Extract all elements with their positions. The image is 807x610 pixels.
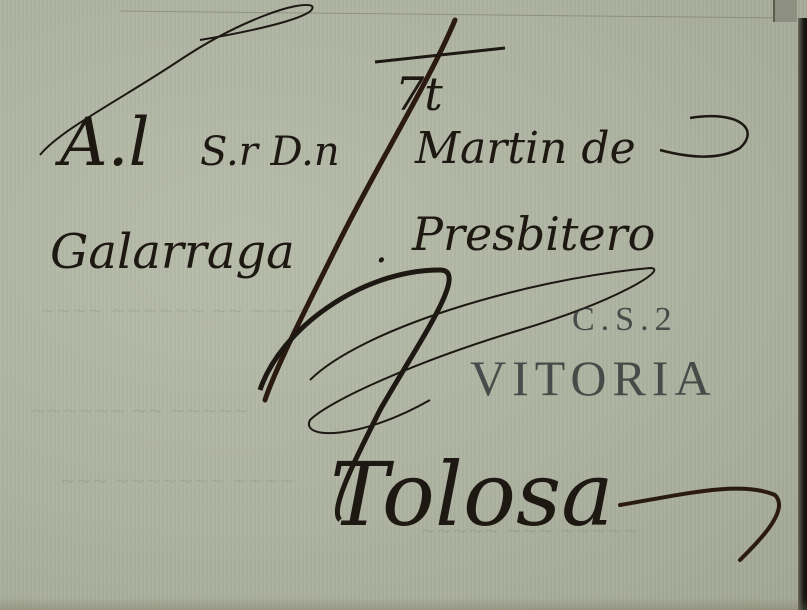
address-surname: Galarraga xyxy=(50,224,295,280)
handwriting-layer: C.S.2 VITORIA A.l S.r D.n Martin de Gala… xyxy=(0,0,807,610)
rate-mark: 7t xyxy=(395,67,443,121)
address-name: Martin de xyxy=(414,123,636,174)
address-destination: Tolosa xyxy=(330,443,614,546)
postal-cover: ~~~~ ~~~~~~ ~~ ~~~~ ~~~~~~ ~~ ~~~~~ ~~~ … xyxy=(0,0,807,610)
de-flourish xyxy=(660,116,748,156)
postmark-line1: C.S.2 xyxy=(572,301,678,338)
address-role: Presbitero xyxy=(411,207,655,261)
tolosa-flourish xyxy=(620,489,779,560)
address-prefix: A.l xyxy=(54,104,150,181)
address-title: S.r D.n xyxy=(200,129,340,175)
address-separator: . xyxy=(375,226,388,272)
postmark-line2: VITORIA xyxy=(470,350,717,406)
